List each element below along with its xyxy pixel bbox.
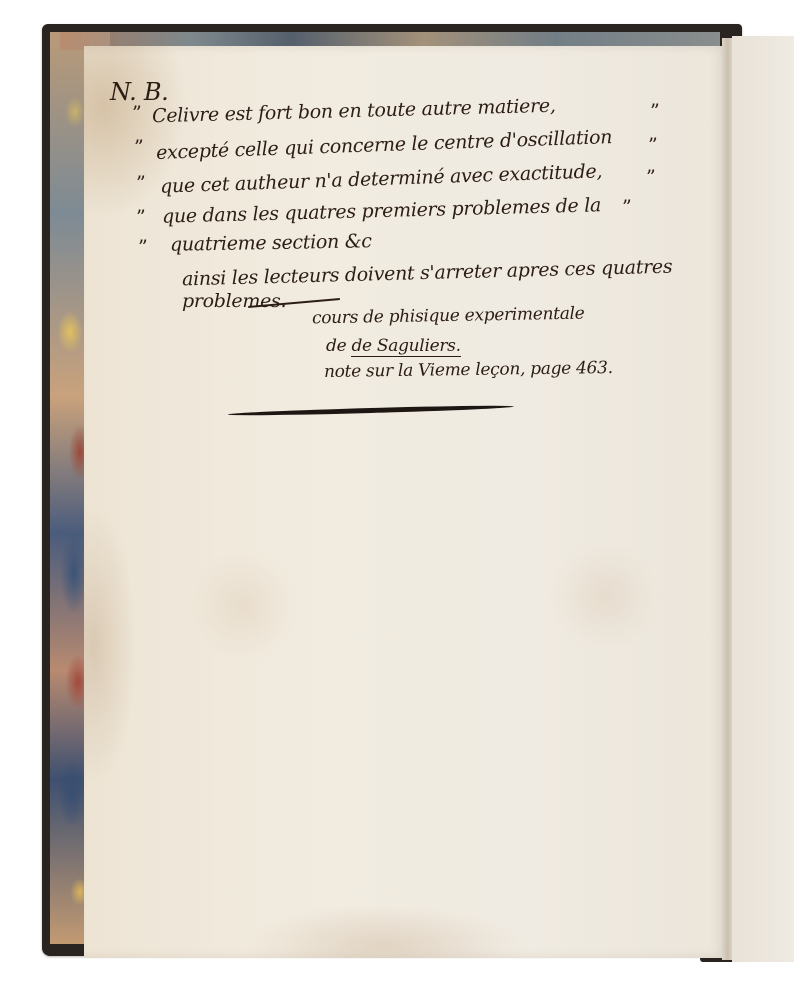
citation-author: de Saguliers.	[351, 336, 460, 357]
citation-author-prefix: de	[326, 336, 346, 356]
quote-mark: ”	[136, 172, 146, 194]
quote-mark: ”	[646, 166, 656, 188]
quote-mark: ”	[138, 236, 148, 258]
facing-page-edge	[732, 36, 794, 962]
body-line-2: problemes.	[182, 290, 286, 312]
quote-mark: ”	[622, 196, 632, 218]
quote-mark: ”	[132, 102, 142, 124]
quote-mark: ”	[136, 206, 146, 228]
quoted-line-5: quatrieme section &c	[170, 230, 372, 256]
citation-author-line: de de Saguliers.	[326, 336, 461, 356]
quote-mark: ”	[650, 100, 660, 122]
citation-reference: note sur la Vieme leçon, page 463.	[324, 358, 613, 382]
quote-mark: ”	[648, 134, 658, 156]
quote-mark: ”	[134, 136, 144, 158]
